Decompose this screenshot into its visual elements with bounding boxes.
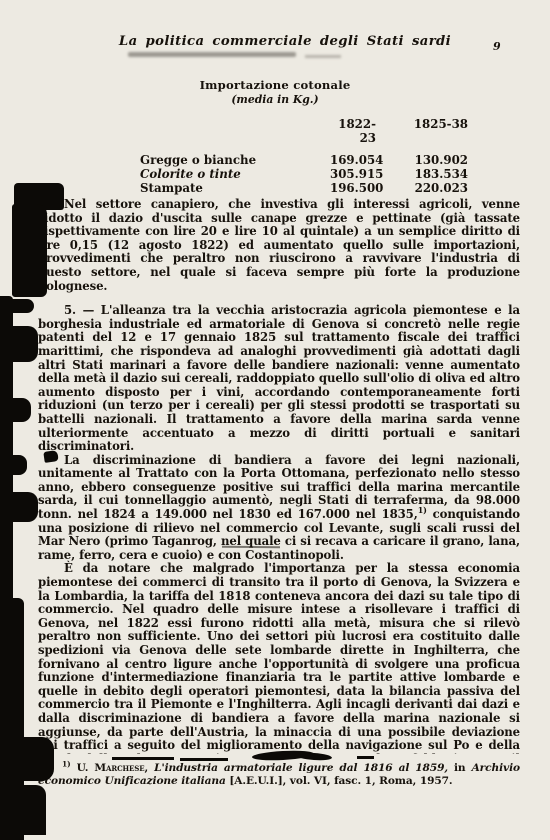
col-header-1822-23: 1822-23 <box>330 117 376 145</box>
row-value: 305.915 <box>330 167 376 181</box>
footnote-divider <box>180 758 228 761</box>
table-row: Stampate 196.500 220.023 <box>140 181 550 195</box>
scan-artifact <box>12 204 47 297</box>
footnote-section: 1) U. Marchese, L'industria armatoriale … <box>38 762 520 788</box>
running-header-title: La politica commerciale degli Stati sard… <box>60 34 510 49</box>
row-value: 183.534 <box>376 167 468 181</box>
table-row: Gregge o bianche 169.054 130.902 <box>140 153 550 167</box>
row-label: Gregge o bianche <box>140 153 330 167</box>
scanned-book-page: La politica commerciale degli Stati sard… <box>0 0 550 840</box>
scan-artifact <box>2 737 54 781</box>
table-header-spacer <box>140 117 330 145</box>
footnote-text: in <box>454 762 466 774</box>
row-label: Stampate <box>140 181 330 195</box>
footnote-marker: 1) <box>62 759 71 768</box>
page-number: 9 <box>493 40 501 53</box>
scan-smudge <box>305 55 341 58</box>
scan-smudge <box>128 52 296 57</box>
table-row: Colorite o tinte 305.915 183.534 <box>140 167 550 181</box>
row-value: 130.902 <box>376 153 468 167</box>
scan-artifact <box>0 492 38 522</box>
paragraph-transito: È da notare che malgrado l'importanza pe… <box>38 562 520 754</box>
table-subtitle: (media in Kg.) <box>0 93 550 106</box>
footnote: 1) U. Marchese, L'industria armatoriale … <box>38 762 520 788</box>
body-text: Nel settore canapiero, che investiva gli… <box>38 198 520 754</box>
ink-mark <box>43 450 58 463</box>
import-table-section: Importazione cotonale (media in Kg.) 182… <box>0 78 550 195</box>
col-header-1825-38: 1825-38 <box>376 117 468 145</box>
footnote-divider <box>112 757 174 760</box>
paragraph-alleanza: 5. — L'alleanza tra la vecchia aristocra… <box>38 304 520 454</box>
scan-artifact <box>2 326 38 362</box>
footnote-text: [A.E.U.I.], vol. VI, fasc. 1, Roma, 1957… <box>229 775 452 787</box>
scan-artifact <box>0 398 31 422</box>
row-value: 196.500 <box>330 181 376 195</box>
footnote-author: U. Marchese, <box>77 762 148 774</box>
footnote-work-title: L'industria armatoriale ligure dal 1816 … <box>154 762 448 774</box>
import-table: 1822-23 1825-38 Gregge o bianche 169.054… <box>140 117 550 195</box>
table-title: Importazione cotonale <box>0 78 550 92</box>
row-value: 169.054 <box>330 153 376 167</box>
scan-artifact <box>0 455 27 475</box>
paragraph-canapiero: Nel settore canapiero, che investiva gli… <box>38 198 520 293</box>
scan-artifact <box>0 785 46 835</box>
row-value: 220.023 <box>376 181 468 195</box>
scan-artifact <box>0 299 34 313</box>
row-label: Colorite o tinte <box>140 167 330 181</box>
table-header-row: 1822-23 1825-38 <box>140 117 550 145</box>
footnote-divider <box>357 756 374 759</box>
footnote-reference-mark: 1) <box>418 505 427 515</box>
